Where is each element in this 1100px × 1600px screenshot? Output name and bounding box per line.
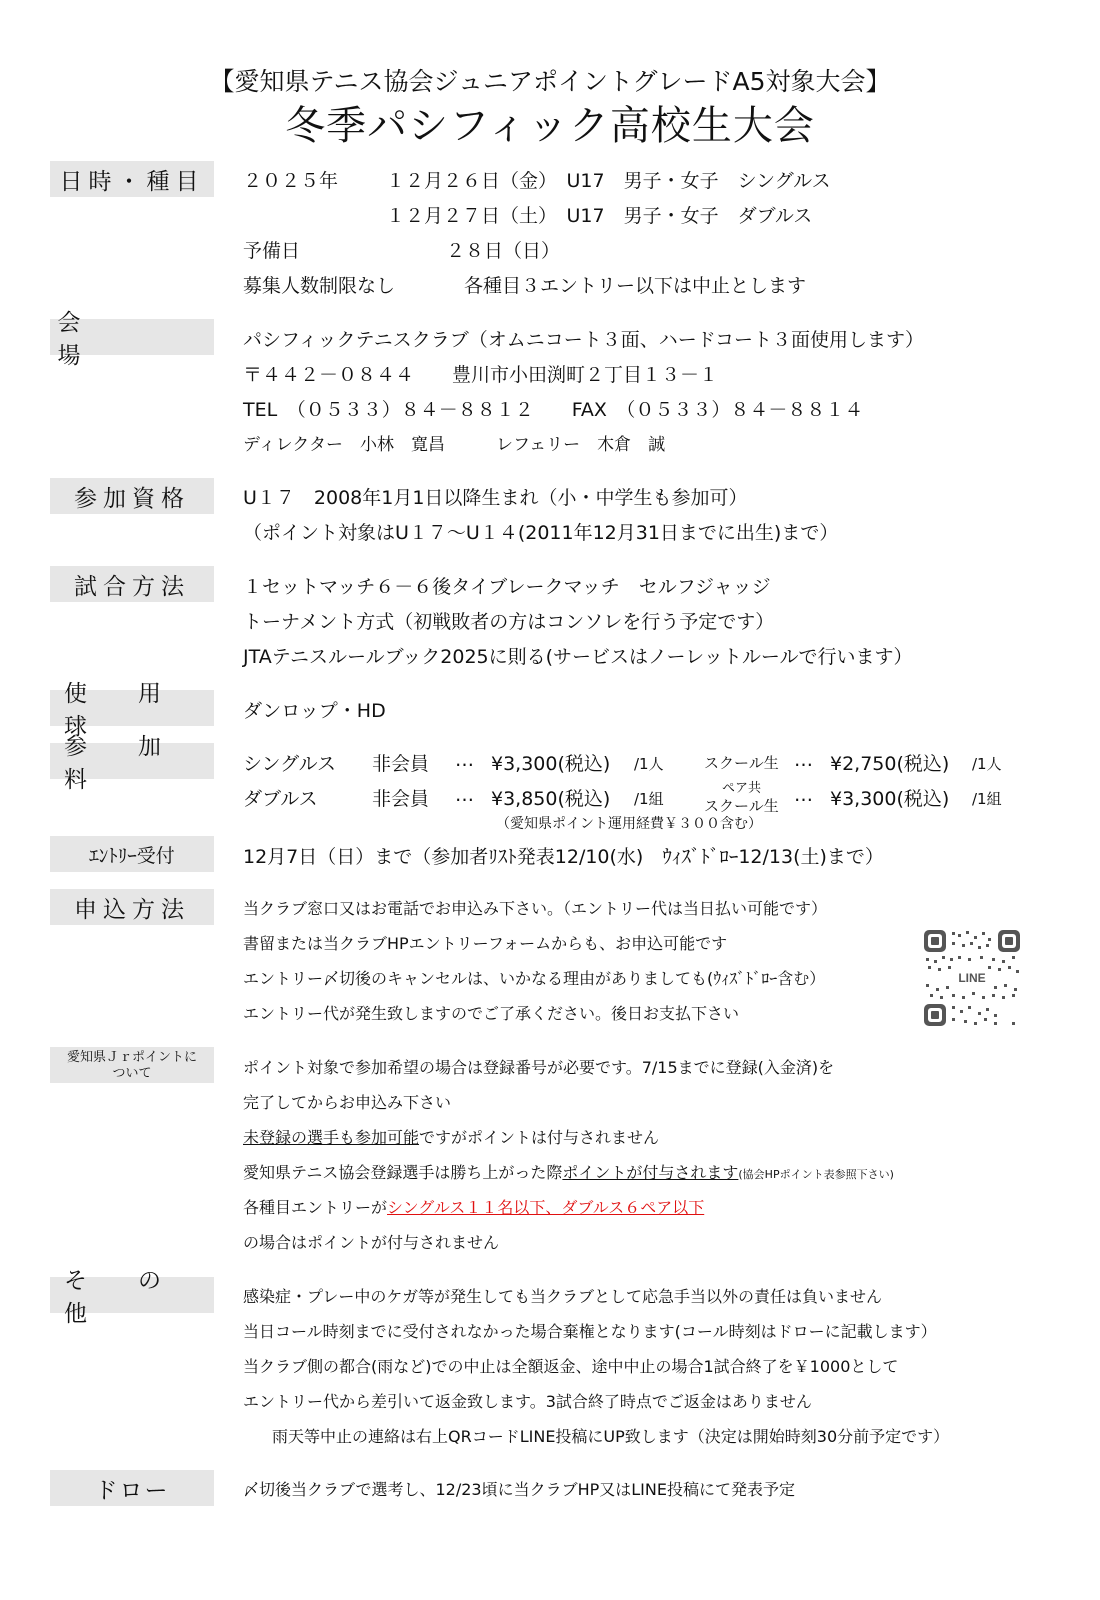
other-line-4: エントリー代から差引いて返金致します。3試合終了時点でご返金はありません	[243, 1389, 812, 1412]
event-subtitle: 【愛知県テニス協会ジュニアポイントグレードA5対象大会】	[0, 62, 1100, 98]
entry-limit: 募集人数制限なし	[243, 271, 395, 298]
ball-value: ダンロップ・HD	[243, 696, 386, 723]
other-line-5: 雨天等中止の連絡は右上QRコードLINE投稿にUP致します（決定は開始時刻30分…	[272, 1424, 949, 1447]
apply-line-2: 書留または当クラブHPエントリーフォームからも、お申込可能です	[243, 931, 727, 954]
fee-price: ¥3,850(税込)	[491, 784, 610, 811]
apply-line-1: 当クラブ窓口又はお電話でお申込み下さい。（エントリー代は当日払い可能です）	[243, 896, 827, 919]
fee-school-label-top: ペア共	[722, 777, 761, 796]
section-label-apply: 申込方法	[50, 889, 214, 925]
schedule-day1: １２月２６日（金） U17 男子・女子 シングルス	[386, 166, 831, 193]
svg-text:LINE: LINE	[958, 971, 985, 985]
fee-event: シングルス	[243, 749, 336, 776]
fee-price: ¥3,300(税込)	[491, 749, 610, 776]
schedule-year: ２０２５年	[243, 166, 338, 193]
reserve-day-date: ２８日（日）	[446, 236, 560, 263]
venue-address: 〒４４２－０８４４ 豊川市小田渕町２丁目１３－１	[243, 360, 718, 387]
other-line-3: 当クラブ側の都合(雨など)での中止は全額返金、途中中止の場合1試合終了を￥100…	[243, 1354, 898, 1377]
section-label-other: そ の 他	[50, 1277, 214, 1313]
fee-event: ダブルス	[243, 784, 318, 811]
draw-note: 〆切後当クラブで選考し、12/23頃に当クラブHP又はLINE投稿にて発表予定	[243, 1477, 795, 1500]
schedule-day2: １２月２７日（土） U17 男子・女子 ダブルス	[386, 201, 812, 228]
section-label-fee: 参 加 料	[50, 743, 214, 779]
fee-unit: /1人	[634, 753, 664, 774]
line-qr-code[interactable]: LINE	[922, 928, 1022, 1028]
apply-line-3: エントリー〆切後のキャンセルは、いかなる理由がありましても(ｳｨｽﾞﾄﾞﾛｰ含む…	[243, 966, 825, 989]
section-label-draw: ドロー	[50, 1470, 214, 1506]
format-line-2: トーナメント方式（初戦敗者の方はコンソレを行う予定です）	[243, 607, 774, 634]
points-label-line-2: ついて	[112, 1066, 151, 1082]
section-label-schedule: 日時・種目	[50, 161, 214, 197]
fee-school-label: スクール生	[704, 752, 779, 773]
fee-dots: …	[455, 784, 474, 806]
cancel-rule: 各種目３エントリー以下は中止とします	[464, 271, 806, 298]
other-line-2: 当日コール時刻までに受付されなかった場合棄権となります(コール時刻はドローに記載…	[243, 1319, 937, 1342]
reserve-day-label: 予備日	[243, 236, 300, 263]
fee-school-dots: …	[794, 749, 813, 771]
section-label-format: 試合方法	[50, 566, 214, 602]
section-label-points: 愛知県Ｊｒポイントに ついて	[50, 1047, 214, 1083]
fee-school-price: ¥3,300(税込)	[830, 784, 949, 811]
venue-staff: ディレクター 小林 寛昌 レフェリー 木倉 誠	[243, 430, 665, 455]
points-line-6: の場合はポイントが付与されません	[243, 1230, 499, 1253]
fee-school-price: ¥2,750(税込)	[830, 749, 949, 776]
points-label-line-1: 愛知県Ｊｒポイントに	[67, 1050, 197, 1066]
fee-school-unit: /1組	[972, 788, 1002, 809]
section-label-ball: 使 用 球	[50, 690, 214, 726]
format-line-1: １セットマッチ６－６後タイブレークマッチ セルフジャッジ	[243, 572, 771, 599]
other-line-1: 感染症・プレー中のケガ等が発生しても当クラブとして応急手当以外の責任は負いません	[243, 1284, 882, 1307]
points-line-5: 各種目エントリーがシングルス１１名以下、ダブルス６ペア以下	[243, 1195, 704, 1218]
unregistered-note: 未登録の選手も参加可能	[243, 1128, 419, 1147]
fee-type: 非会員	[372, 749, 429, 776]
fee-school-unit: /1人	[972, 753, 1002, 774]
fee-school-dots: …	[794, 784, 813, 806]
points-line-1: ポイント対象で参加希望の場合は登録番号が必要です。7/15までに登録(入金済)を	[243, 1055, 834, 1078]
fee-note: （愛知県ポイント運用経費￥３００含む）	[496, 813, 762, 833]
points-awarded-note: ポイントが付与されます	[562, 1163, 738, 1182]
entry-deadline: 12月7日（日）まで（参加者ﾘｽﾄ発表12/10(水) ｳｨｽﾞﾄﾞﾛｰ12/1…	[243, 842, 884, 869]
section-label-venue: 会 場	[50, 319, 214, 355]
fee-unit: /1組	[634, 788, 664, 809]
section-label-entry: ｴﾝﾄﾘｰ受付	[50, 836, 214, 872]
fee-type: 非会員	[372, 784, 429, 811]
event-title: 冬季パシフィック高校生大会	[0, 94, 1100, 151]
fee-dots: …	[455, 749, 474, 771]
venue-phone-fax: TEL （０５３３）８４－８８１２ FAX （０５３３）８４－８８１４	[243, 395, 863, 422]
points-threshold-warning: シングルス１１名以下、ダブルス６ペア以下	[387, 1198, 704, 1217]
points-line-2: 完了してからお申込み下さい	[243, 1090, 451, 1113]
apply-line-4: エントリー代が発生致しますのでご了承ください。後日お支払下さい	[243, 1001, 739, 1024]
eligibility-line-2: （ポイント対象はU１７～U１４(2011年12月31日までに出生)まで）	[243, 518, 838, 545]
points-line-3: 未登録の選手も参加可能ですがポイントは付与されません	[243, 1125, 659, 1148]
points-line-4: 愛知県テニス協会登録選手は勝ち上がった際ポイントが付与されます(協会HPポイント…	[243, 1160, 894, 1183]
section-label-eligibility: 参加資格	[50, 478, 214, 514]
format-line-3: JTAテニスルールブック2025に則る(サービスはノーレットルールで行います）	[243, 642, 913, 669]
qr-code-icon: LINE	[922, 928, 1022, 1028]
venue-name: パシフィックテニスクラブ（オムニコート３面、ハードコート３面使用します）	[243, 325, 924, 352]
eligibility-line-1: U１７ 2008年1月1日以降生まれ（小・中学生も参加可）	[243, 483, 747, 510]
